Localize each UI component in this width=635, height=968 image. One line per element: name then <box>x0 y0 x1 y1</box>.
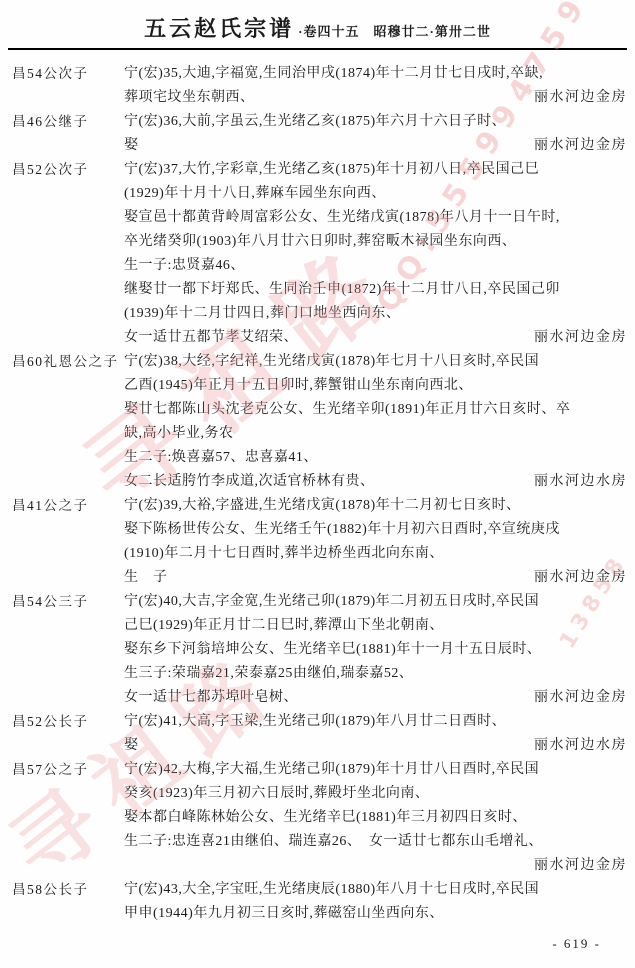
entry-text: 娶宣邑十都黄背岭周富彩公女、生光绪戊寅(1878)年八月十一日午时, <box>124 206 560 230</box>
entry-text: 娶 <box>124 734 139 758</box>
entry-text: 宁(宏)37,大竹,字彩章,生光绪乙亥(1875)年十月初八日,卒民国己巳 <box>124 158 539 182</box>
entry-line: 乙酉(1945)年正月十五日卯时,葬蟹钳山坐东南向西北、 <box>124 374 627 398</box>
page-header: 五云赵氏宗谱·卷四十五 昭穆廿二·第卅二世 <box>0 0 635 43</box>
book-title: 五云赵氏宗谱 <box>144 16 294 41</box>
entry-row: 昌52公次子宁(宏)37,大竹,字彩章,生光绪乙亥(1875)年十月初八日,卒民… <box>12 158 627 350</box>
entry-father-label: 昌52公次子 <box>12 158 124 182</box>
entry-text: (1929)年十月十八日,葬麻车园坐东向西、 <box>124 182 386 206</box>
entry-lines: 宁(宏)37,大竹,字彩章,生光绪乙亥(1875)年十月初八日,卒民国己巳(19… <box>124 158 627 350</box>
entry-line: 宁(宏)40,大吉,字金宽,生光绪己卯(1879)年二月初五日戌时,卒民国 <box>124 590 627 614</box>
entry-text: 宁(宏)38,大经,字纪祥,生光绪戊寅(1878)年七月十八日亥时,卒民国 <box>124 350 539 374</box>
entry-line: 生三子:荣瑞嘉21,荣泰嘉25由继伯,瑞泰嘉52、 <box>124 662 627 686</box>
entry-father-label: 昌54公次子 <box>12 62 124 86</box>
entry-father-label: 昌57公之子 <box>12 758 124 782</box>
entry-text: 娶本都白峰陈林始公女、生光绪辛巳(1881)年三月初四日亥时、 <box>124 806 527 830</box>
entry-text: 娶 <box>124 134 139 158</box>
hall-branch-tag: 丽水河边金房 <box>534 134 627 158</box>
page-number: - 619 - <box>552 936 601 952</box>
entry-text: 生三子:荣瑞嘉21,荣泰嘉25由继伯,瑞泰嘉52、 <box>124 662 413 686</box>
entry-line: 葬项宅坟坐东朝西、丽水河边金房 <box>124 86 627 110</box>
entry-line: 癸亥(1923)年三月初六日辰时,葬殿圩坐北向南、 <box>124 782 627 806</box>
entry-line: 继娶廿一都下圩郑氏、生同治壬申(1872)年十二月廿八日,卒民国己卯 <box>124 278 627 302</box>
entry-lines: 宁(宏)38,大经,字纪祥,生光绪戊寅(1878)年七月十八日亥时,卒民国乙酉(… <box>124 350 627 494</box>
entry-line: 娶宣邑十都黄背岭周富彩公女、生光绪戊寅(1878)年八月十一日午时, <box>124 206 627 230</box>
entry-line: 宁(宏)36,大前,字虽云,生光绪乙亥(1875)年六月十六日子时、 <box>124 110 627 134</box>
entry-line: 娶丽水河边金房 <box>124 134 627 158</box>
entry-line: 己巳(1929)年正月廿二日巳时,葬潭山下坐北朝南、 <box>124 614 627 638</box>
entry-lines: 宁(宏)39,大裕,字盛进,生光绪戊寅(1878)年十二月初七日亥时、娶下陈杨世… <box>124 494 627 590</box>
entry-text: 宁(宏)42,大梅,字大福,生光绪己卯(1879)年十月廿八日酉时,卒民国 <box>124 758 539 782</box>
entry-text: 乙酉(1945)年正月十五日卯时,葬蟹钳山坐东南向西北、 <box>124 374 473 398</box>
entry-father-label: 昌54公三子 <box>12 590 124 614</box>
entry-line: 宁(宏)41,大高,字玉梁,生光绪己卯(1879)年八月廿二日酉时、 <box>124 710 627 734</box>
entry-row: 昌52公长子宁(宏)41,大高,字玉梁,生光绪己卯(1879)年八月廿二日酉时、… <box>12 710 627 758</box>
entry-line: (1910)年二月十七日酉时,葬半边桥坐西北向东南、 <box>124 542 627 566</box>
entry-line: 宁(宏)39,大裕,字盛进,生光绪戊寅(1878)年十二月初七日亥时、 <box>124 494 627 518</box>
entry-row: 昌58公长子宁(宏)43,大全,字宝旺,生光绪庚辰(1880)年八月十七日戌时,… <box>12 878 627 926</box>
entry-line: 娶丽水河边水房 <box>124 734 627 758</box>
entry-line: (1939)年十二月廿四日,葬门口地坐西向东、 <box>124 302 627 326</box>
entry-text: (1910)年二月十七日酉时,葬半边桥坐西北向东南、 <box>124 542 444 566</box>
entry-line: 缺,高小毕业,务农 <box>124 422 627 446</box>
entries: 昌54公次子宁(宏)35,大迪,字福宽,生同治甲戌(1874)年十二月廿七日戌时… <box>0 50 635 926</box>
entry-row: 昌41公之子宁(宏)39,大裕,字盛进,生光绪戊寅(1878)年十二月初七日亥时… <box>12 494 627 590</box>
entry-line: 娶廿七都陈山头沈老克公女、生光绪辛卯(1891)年正月廿六日亥时、卒 <box>124 398 627 422</box>
entry-line: (1929)年十月十八日,葬麻车园坐东向西、 <box>124 182 627 206</box>
entry-father-label: 昌41公之子 <box>12 494 124 518</box>
entry-text: 女一适廿五都节孝艾绍荣、 <box>124 326 298 350</box>
entry-father-label: 昌46公继子 <box>12 110 124 134</box>
entry-text: 娶下陈杨世传公女、生光绪壬午(1882)年十月初六日酉时,卒宣统庚戌 <box>124 518 560 542</box>
entry-line: 生二子:忠连喜21由继伯、瑞连嘉26、 女一适廿七都东山毛增礼、 <box>124 830 627 854</box>
hall-branch-tag: 丽水河边金房 <box>534 566 627 590</box>
entry-text: 女一适廿七都苏埠叶皂树、 <box>124 686 298 710</box>
entry-line: 生二子:焕喜嘉57、忠喜嘉41、 <box>124 446 627 470</box>
entry-father-label: 昌58公长子 <box>12 878 124 902</box>
entry-text: 宁(宏)41,大高,字玉梁,生光绪己卯(1879)年八月廿二日酉时、 <box>124 710 506 734</box>
hall-branch-tag: 丽水河边水房 <box>534 470 627 494</box>
entry-text: 宁(宏)39,大裕,字盛进,生光绪戊寅(1878)年十二月初七日亥时、 <box>124 494 521 518</box>
entry-text: 宁(宏)40,大吉,字金宽,生光绪己卯(1879)年二月初五日戌时,卒民国 <box>124 590 539 614</box>
entry-text: 生二子:焕喜嘉57、忠喜嘉41、 <box>124 446 318 470</box>
hall-branch-tag: 丽水河边金房 <box>534 854 627 878</box>
entry-line: 丽水河边金房 <box>124 854 627 878</box>
entry-line: 宁(宏)43,大全,字宝旺,生光绪庚辰(1880)年八月十七日戌时,卒民国 <box>124 878 627 902</box>
entry-line: 卒光绪癸卯(1903)年八月廿六日卯时,葬窑畈木禄园坐东向西、 <box>124 230 627 254</box>
entry-text: 缺,高小毕业,务农 <box>124 422 234 446</box>
entry-text: 宁(宏)35,大迪,字福宽,生同治甲戌(1874)年十二月廿七日戌时,卒缺, <box>124 62 543 86</box>
entry-lines: 宁(宏)42,大梅,字大福,生光绪己卯(1879)年十月廿八日酉时,卒民国癸亥(… <box>124 758 627 878</box>
entry-text: 宁(宏)36,大前,字虽云,生光绪乙亥(1875)年六月十六日子时、 <box>124 110 506 134</box>
entry-line: 宁(宏)35,大迪,字福宽,生同治甲戌(1874)年十二月廿七日戌时,卒缺, <box>124 62 627 86</box>
entry-text: 女二长适胯竹李成道,次适官桥林有贵、 <box>124 470 375 494</box>
entry-lines: 宁(宏)36,大前,字虽云,生光绪乙亥(1875)年六月十六日子时、娶丽水河边金… <box>124 110 627 158</box>
hall-branch-tag: 丽水河边金房 <box>534 86 627 110</box>
entry-line: 甲申(1944)年九月初三日亥时,葬磁窑山坐西向东、 <box>124 902 627 926</box>
genealogy-page: 寻祖路 寻祖路 QQ:5559947599 13858 五云赵氏宗谱·卷四十五 … <box>0 0 635 968</box>
entry-text: 娶东乡下河翁培坤公女、生光绪辛巳(1881)年十一月十五日辰时、 <box>124 638 541 662</box>
entry-text: 生二子:忠连喜21由继伯、瑞连嘉26、 女一适廿七都东山毛增礼、 <box>124 830 543 854</box>
entry-text: 癸亥(1923)年三月初六日辰时,葬殿圩坐北向南、 <box>124 782 429 806</box>
entry-line: 娶东乡下河翁培坤公女、生光绪辛巳(1881)年十一月十五日辰时、 <box>124 638 627 662</box>
volume-subtitle: ·卷四十五 昭穆廿二·第卅二世 <box>298 24 491 39</box>
hall-branch-tag: 丽水河边金房 <box>534 686 627 710</box>
entry-line: 生一子:忠贤嘉46、 <box>124 254 627 278</box>
entry-text: 生 子 <box>124 566 168 590</box>
entry-line: 生 子丽水河边金房 <box>124 566 627 590</box>
entry-text: 甲申(1944)年九月初三日亥时,葬磁窑山坐西向东、 <box>124 902 444 926</box>
hall-branch-tag: 丽水河边金房 <box>534 326 627 350</box>
entry-line: 娶本都白峰陈林始公女、生光绪辛巳(1881)年三月初四日亥时、 <box>124 806 627 830</box>
entry-father-label: 昌52公长子 <box>12 710 124 734</box>
entry-text: 葬项宅坟坐东朝西、 <box>124 86 255 110</box>
entry-row: 昌46公继子宁(宏)36,大前,字虽云,生光绪乙亥(1875)年六月十六日子时、… <box>12 110 627 158</box>
entry-row: 昌54公次子宁(宏)35,大迪,字福宽,生同治甲戌(1874)年十二月廿七日戌时… <box>12 62 627 110</box>
entry-line: 女一适廿五都节孝艾绍荣、丽水河边金房 <box>124 326 627 350</box>
entry-text: 生一子:忠贤嘉46、 <box>124 254 245 278</box>
entry-line: 宁(宏)42,大梅,字大福,生光绪己卯(1879)年十月廿八日酉时,卒民国 <box>124 758 627 782</box>
entry-line: 女二长适胯竹李成道,次适官桥林有贵、丽水河边水房 <box>124 470 627 494</box>
entry-father-label: 昌60礼恩公之子 <box>12 350 124 374</box>
entry-row: 昌60礼恩公之子宁(宏)38,大经,字纪祥,生光绪戊寅(1878)年七月十八日亥… <box>12 350 627 494</box>
entry-lines: 宁(宏)40,大吉,字金宽,生光绪己卯(1879)年二月初五日戌时,卒民国己巳(… <box>124 590 627 710</box>
entry-row: 昌54公三子宁(宏)40,大吉,字金宽,生光绪己卯(1879)年二月初五日戌时,… <box>12 590 627 710</box>
entry-line: 宁(宏)38,大经,字纪祥,生光绪戊寅(1878)年七月十八日亥时,卒民国 <box>124 350 627 374</box>
hall-branch-tag: 丽水河边水房 <box>534 734 627 758</box>
entry-lines: 宁(宏)41,大高,字玉梁,生光绪己卯(1879)年八月廿二日酉时、娶丽水河边水… <box>124 710 627 758</box>
entry-line: 娶下陈杨世传公女、生光绪壬午(1882)年十月初六日酉时,卒宣统庚戌 <box>124 518 627 542</box>
entry-text: (1939)年十二月廿四日,葬门口地坐西向东、 <box>124 302 400 326</box>
entry-line: 女一适廿七都苏埠叶皂树、丽水河边金房 <box>124 686 627 710</box>
entry-line: 宁(宏)37,大竹,字彩章,生光绪乙亥(1875)年十月初八日,卒民国己巳 <box>124 158 627 182</box>
entry-text: 娶廿七都陈山头沈老克公女、生光绪辛卯(1891)年正月廿六日亥时、卒 <box>124 398 570 422</box>
entry-text: 卒光绪癸卯(1903)年八月廿六日卯时,葬窑畈木禄园坐东向西、 <box>124 230 516 254</box>
entry-text: 宁(宏)43,大全,字宝旺,生光绪庚辰(1880)年八月十七日戌时,卒民国 <box>124 878 539 902</box>
entry-text: 继娶廿一都下圩郑氏、生同治壬申(1872)年十二月廿八日,卒民国己卯 <box>124 278 560 302</box>
entry-lines: 宁(宏)35,大迪,字福宽,生同治甲戌(1874)年十二月廿七日戌时,卒缺,葬项… <box>124 62 627 110</box>
entry-text: 己巳(1929)年正月廿二日巳时,葬潭山下坐北朝南、 <box>124 614 444 638</box>
entry-row: 昌57公之子宁(宏)42,大梅,字大福,生光绪己卯(1879)年十月廿八日酉时,… <box>12 758 627 878</box>
entry-lines: 宁(宏)43,大全,字宝旺,生光绪庚辰(1880)年八月十七日戌时,卒民国甲申(… <box>124 878 627 926</box>
